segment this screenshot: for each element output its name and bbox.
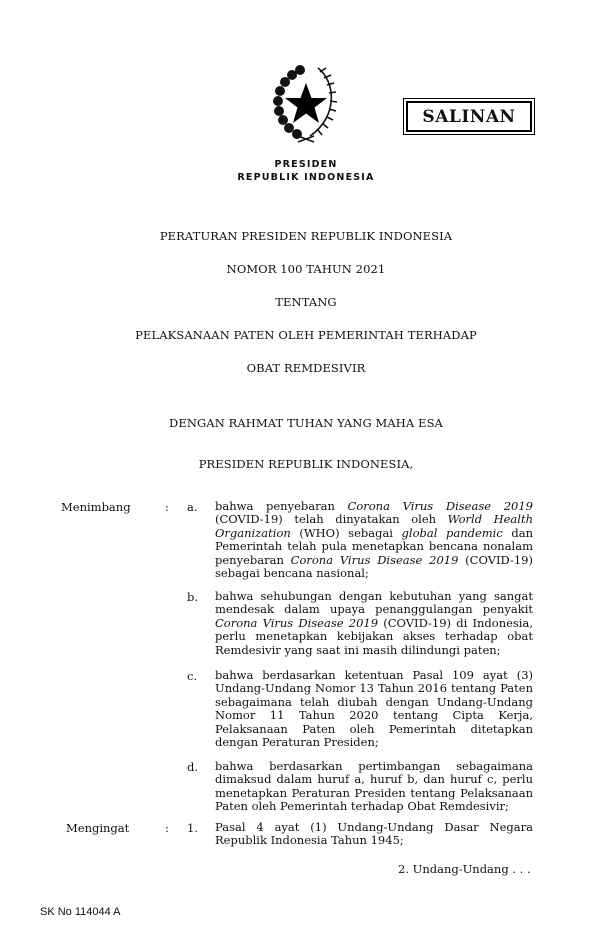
office-header-line2: REPUBLIK INDONESIA [0,171,612,184]
item-mark: a. [187,500,198,514]
item-mark: c. [187,669,197,683]
regulation-title: PERATURAN PRESIDEN REPUBLIK INDONESIA [0,229,612,243]
regulation-number: NOMOR 100 TAHUN 2021 [0,262,612,276]
menimbang-label: Menimbang [61,500,131,514]
salinan-stamp: SALINAN [406,101,532,132]
consideration-d: bahwa berdasarkan pertimbangan sebagaima… [215,760,533,814]
menimbang-colon: : [165,500,169,514]
regulation-subject-line2: OBAT REMDESIVIR [0,361,612,375]
issuer: PRESIDEN REPUBLIK INDONESIA, [0,457,612,471]
legal-basis-1: Pasal 4 ayat (1) Undang-Undang Dasar Neg… [215,821,533,848]
tentang-heading: TENTANG [0,295,612,309]
next-page-reference: 2. Undang-Undang . . . [398,862,531,876]
consideration-c: bahwa berdasarkan ketentuan Pasal 109 ay… [215,669,533,749]
garuda-emblem-icon [270,62,342,144]
item-mark: b. [187,590,198,604]
regulation-subject-line1: PELAKSANAAN PATEN OLEH PEMERINTAH TERHAD… [0,328,612,342]
item-mark: 1. [187,821,198,835]
document-code: SK No 114044 A [40,906,121,918]
item-mark: d. [187,760,198,774]
invocation: DENGAN RAHMAT TUHAN YANG MAHA ESA [0,416,612,430]
office-header-line1: PRESIDEN [0,158,612,171]
consideration-b: bahwa sehubungan dengan kebutuhan yang s… [215,590,533,657]
consideration-a: bahwa penyebaran Corona Virus Disease 20… [215,500,533,580]
mengingat-label: Mengingat [66,821,129,835]
mengingat-colon: : [165,821,169,835]
